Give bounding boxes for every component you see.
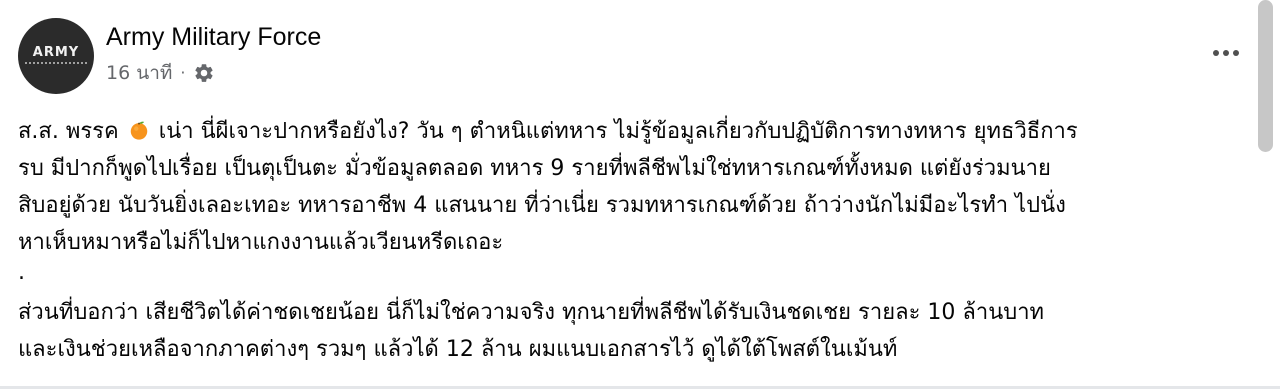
avatar[interactable]: ARMY	[18, 18, 94, 94]
post-timestamp[interactable]: 16 นาที	[106, 60, 172, 86]
paragraph-2: ส่วนที่บอกว่า เสียชีวิตได้ค่าชดเชยน้อย น…	[18, 294, 1254, 368]
body-text-segment: ส.ส. พรรค	[18, 119, 119, 144]
facebook-post: ARMY Army Military Force 16 นาที · ส.ส. …	[0, 0, 1280, 389]
avatar-wordmark: ARMY	[33, 46, 79, 59]
body-text-segment: เน่า นี่ผีเจาะปากหรือยังไง? วัน ๆ ตำหนิแ…	[159, 119, 1078, 144]
more-options-button[interactable]	[1206, 40, 1246, 66]
body-line: หาเห็บหมาหรือไม่ก็ไปหาแกงงานแล้วเวียนหรี…	[18, 224, 1254, 261]
meta-separator: ·	[180, 60, 185, 86]
avatar-subtitle-decoration	[25, 62, 87, 64]
author-name-link[interactable]: Army Military Force	[106, 22, 321, 52]
scrollbar-thumb[interactable]	[1258, 0, 1273, 152]
more-dot-icon	[1233, 50, 1239, 56]
body-line: และเงินช่วยเหลือจากภาคต่างๆ รวมๆ แล้วได้…	[18, 331, 1254, 368]
gear-icon[interactable]	[193, 62, 215, 84]
more-dot-icon	[1223, 50, 1229, 56]
body-line: ส.ส. พรรค เน่า นี่ผีเจาะปากหรือยังไง? วั…	[18, 113, 1254, 150]
post-meta: 16 นาที ·	[106, 60, 215, 86]
more-dot-icon	[1213, 50, 1219, 56]
post-body: ส.ส. พรรค เน่า นี่ผีเจาะปากหรือยังไง? วั…	[18, 113, 1254, 368]
body-line: ส่วนที่บอกว่า เสียชีวิตได้ค่าชดเชยน้อย น…	[18, 294, 1254, 331]
body-line: รบ มีปากก็พูดไปเรื่อย เป็นตุเป็นตะ มั่วข…	[18, 150, 1254, 187]
paragraph-1: ส.ส. พรรค เน่า นี่ผีเจาะปากหรือยังไง? วั…	[18, 113, 1254, 261]
separator-dot-line: .	[18, 261, 1254, 294]
body-line: สิบอยู่ด้วย นับวันยิ่งเลอะเทอะ ทหารอาชีพ…	[18, 187, 1254, 224]
orange-emoji-icon	[126, 119, 152, 144]
